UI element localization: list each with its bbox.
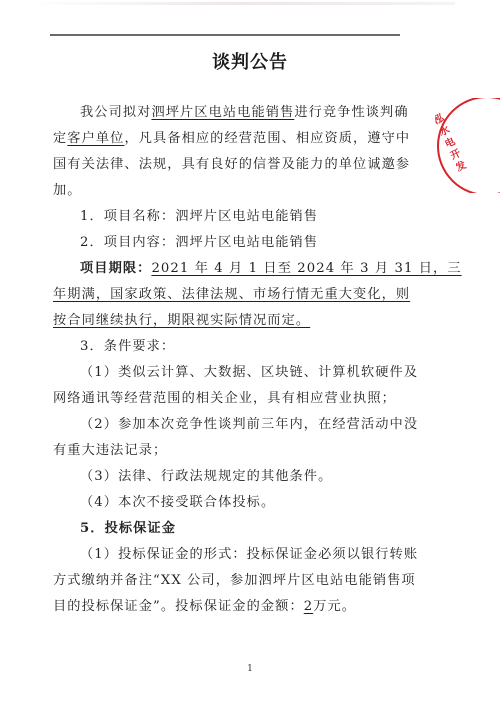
conditions-heading: 3．条件要求： [53,334,383,360]
intro-text: 我公司拟对 [80,105,151,120]
deposit-unit: 万元。 [313,599,356,614]
deposit-line-2: 方式缴纳并备注“XX 公司，参加泗坪片区电站电能销售项 [53,568,383,594]
period-text: 年期满，国家政策、法律法规、市场行情无重大变化，则 [53,287,410,302]
condition-1-line-1: （1）类似云计算、大数据、区块链、计算机软硬件及 [53,360,383,386]
condition-4: （4）本次不接受联合体投标。 [53,490,383,516]
item-project-content: 2．项目内容：泗坪片区电站电能销售 [53,230,383,256]
item-value: 泗坪片区电站电能销售 [175,235,318,250]
period-line-3: 按合同继续执行，期限视实际情况而定。 [53,308,383,334]
condition-2-line-2: 有重大违法记录； [53,438,383,464]
item-project-name: 1．项目名称：泗坪片区电站电能销售 [53,204,383,230]
period-label: 项目期限： [80,261,151,276]
page-number: 1 [0,664,500,674]
intro-text: 定 [53,131,67,146]
period-line-1: 项目期限：2021 年 4 月 1 日至 2024 年 3 月 31 日，三 [53,256,383,282]
page-title: 谈判公告 [0,48,500,74]
condition-1-line-2: 网络通讯等经营范围的相关企业，具有相应营业执照； [53,386,383,412]
period-text: 按合同继续执行，期限视实际情况而定。 [53,313,310,328]
document-body: 我公司拟对泗坪片区电站电能销售进行竞争性谈判确 定客户单位，凡具备相应的经营范围… [53,100,383,620]
intro-line-3: 国有关法律、法规，具有良好的信誉及能力的单位诚邀参 [53,152,383,178]
period-line-2: 年期满，国家政策、法律法规、市场行情无重大变化，则 [53,282,383,308]
intro-text: 进行竞争性谈判确 [294,105,408,120]
intro-line-1: 我公司拟对泗坪片区电站电能销售进行竞争性谈判确 [53,100,383,126]
condition-3: （3）法律、行政法规规定的其他条件。 [53,464,383,490]
deposit-heading: 5．投标保证金 [53,516,383,542]
item-label: 2．项目内容： [80,235,175,250]
deposit-text: 目的投标保证金”。投标保证金的金额： [53,599,304,614]
condition-2-line-1: （2）参加本次竞争性谈判前三年内，在经营活动中没 [53,412,383,438]
scan-edge-artifact [25,2,455,5]
item-label: 1．项目名称： [80,209,175,224]
deposit-line-3: 目的投标保证金”。投标保证金的金额：2万元。 [53,594,383,620]
target-underlined: 客户单位 [67,131,124,146]
intro-line-4: 加。 [53,178,383,204]
deposit-line-1: （1）投标保证金的形式：投标保证金必须以银行转账 [53,542,383,568]
intro-text: ，凡具备相应的经营范围、相应资质，遵守中 [124,131,410,146]
company-seal: 泓水电开发 [435,98,500,193]
project-name-underlined: 泗坪片区电站电能销售 [151,105,294,120]
intro-line-2: 定客户单位，凡具备相应的经营范围、相应资质，遵守中 [53,126,383,152]
item-value: 泗坪片区电站电能销售 [175,209,318,224]
header-rule [50,34,400,36]
period-text: 2021 年 4 月 1 日至 2024 年 3 月 31 日，三 [151,261,461,276]
deposit-amount: 2 [304,599,314,614]
